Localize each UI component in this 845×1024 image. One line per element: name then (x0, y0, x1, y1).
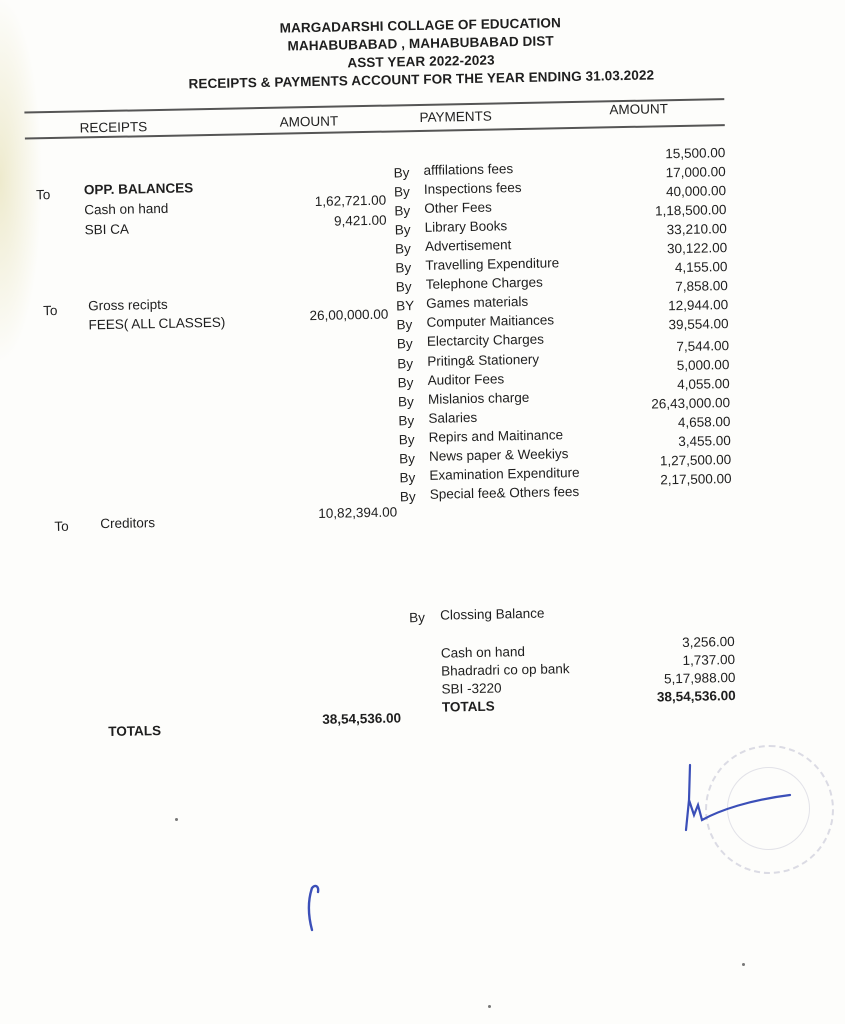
opening-label: OPP. BALANCES (84, 180, 194, 197)
payment-amount: 3,455.00 (591, 433, 731, 451)
gross-fees-label: FEES( ALL CLASSES) (88, 315, 225, 333)
payment-prefix: BY (396, 298, 414, 313)
payment-label: Mislanios charge (428, 390, 530, 407)
gross-prefix: To (43, 303, 58, 318)
payment-prefix: By (394, 203, 410, 218)
receipts-totals-amount: 38,54,536.00 (261, 710, 401, 728)
payment-row: ByExamination Expenditure1,27,500.00 (0, 0, 837, 8)
scanned-page: MARGADARSHI COLLAGE OF EDUCATION MAHABUB… (0, 0, 845, 1024)
payment-prefix: By (396, 317, 412, 332)
payment-amount: 1,18,500.00 (586, 202, 726, 220)
payment-label: Auditor Fees (427, 371, 504, 387)
payment-row: BySpecial fee& Others fees2,17,500.00 (0, 0, 837, 8)
payment-amount: 17,000.00 (586, 164, 726, 182)
payment-label: Repirs and Maitinance (429, 427, 564, 445)
payment-label: Telephone Charges (426, 275, 543, 292)
payment-amount: 39,554.00 (588, 316, 728, 334)
payment-amount: 30,122.00 (587, 240, 727, 258)
opening-prefix: To (36, 187, 51, 202)
payment-label: Priting& Stationery (427, 352, 539, 369)
col-header-receipts: RECEIPTS (80, 119, 148, 135)
closing-sbi-label: SBI -3220 (441, 680, 501, 696)
closing-balance: By Clossing Balance Cash on hand 3,256.0… (0, 0, 837, 8)
payment-row: ByInspections fees17,000.00 (0, 0, 837, 8)
payment-row: ByAdvertisement33,210.00 (0, 0, 837, 8)
receipts-creditors: To Creditors 10,82,394.00 (0, 0, 837, 8)
payment-row: ByTelephone Charges4,155.00 (0, 0, 837, 8)
payment-prefix: By (398, 413, 414, 428)
payment-row: ByRepirs and Maitinance4,658.00 (0, 0, 837, 8)
payment-label: Inspections fees (424, 180, 522, 197)
speck (742, 963, 745, 966)
payment-row: ByComputer Maitiances12,944.00 (0, 0, 837, 8)
payment-row: BYGames materials7,858.00 (0, 0, 837, 8)
opening-cash-amount: 1,62,721.00 (246, 193, 386, 211)
payment-label: Advertisement (425, 237, 512, 254)
payment-row: By Other Fees40,000.00 (0, 0, 837, 8)
closing-bank-amount: 1,737.00 (595, 652, 735, 670)
payment-prefix: By (395, 222, 411, 237)
payment-amount: 4,055.00 (590, 376, 730, 394)
payment-prefix: By (398, 375, 414, 390)
payment-amount: 33,210.00 (587, 221, 727, 239)
payment-row: ByAuditor Fees5,000.00 (0, 0, 837, 8)
payment-amount: 26,43,000.00 (590, 395, 730, 413)
col-header-payments-amount: AMOUNT (609, 101, 668, 117)
payment-label: Travelling Expenditure (425, 255, 559, 273)
payment-row: ByLibrary Books1,18,500.00 (0, 0, 837, 8)
payment-prefix: By (399, 451, 415, 466)
payment-row: Byafffilations fees15,500.00 (0, 0, 837, 8)
payment-prefix: By (393, 165, 409, 180)
payment-prefix: By (397, 336, 413, 351)
payment-label: Special fee& Others fees (430, 484, 580, 502)
payment-amount: 5,000.00 (589, 357, 729, 375)
payment-prefix: By (398, 394, 414, 409)
gross-label: Gross recipts (88, 297, 168, 314)
payment-label: Library Books (425, 218, 508, 235)
payment-amount: 15,500.00 (585, 145, 725, 163)
payment-prefix: By (397, 356, 413, 371)
payment-amount: 2,17,500.00 (591, 471, 731, 489)
payment-amount: 40,000.00 (586, 183, 726, 201)
payment-prefix: By (394, 184, 410, 199)
receipts-gross: To Gross recipts FEES( ALL CLASSES) 26,0… (0, 0, 837, 8)
speck (175, 818, 178, 821)
closing-cash-amount: 3,256.00 (595, 634, 735, 652)
payment-label: Salaries (428, 410, 477, 426)
payment-label: Other Fees (424, 200, 492, 216)
opening-sbi-amount: 9,421.00 (246, 213, 386, 231)
payments-totals-label: TOTALS (442, 699, 495, 715)
receipts-totals-label: TOTALS (108, 723, 161, 739)
creditors-prefix: To (54, 519, 69, 534)
opening-sbi-label: SBI CA (85, 222, 130, 238)
creditors-label: Creditors (100, 515, 155, 531)
col-header-receipts-amount: AMOUNT (279, 114, 338, 130)
payment-prefix: By (399, 470, 415, 485)
payment-label: afffilations fees (423, 161, 513, 178)
opening-cash-label: Cash on hand (84, 201, 168, 218)
speck (488, 1005, 491, 1008)
payment-amount: 12,944.00 (588, 297, 728, 315)
payment-prefix: By (395, 260, 411, 275)
payment-prefix: By (400, 489, 416, 504)
payment-label: Examination Expenditure (429, 465, 579, 483)
payment-amount: 1,27,500.00 (591, 452, 731, 470)
payment-prefix: By (396, 279, 412, 294)
payment-amount: 4,658.00 (590, 414, 730, 432)
payment-row: ByPriting& Stationery7,544.00 (0, 0, 837, 8)
closing-label: Clossing Balance (440, 606, 545, 623)
payments-totals-amount: 38,54,536.00 (596, 688, 736, 706)
closing-bank-label: Bhadradri co op bank (441, 661, 570, 678)
payment-row: ByTravelling Expenditure30,122.00 (0, 0, 837, 8)
closing-sbi-amount: 5,17,988.00 (595, 670, 735, 688)
payment-row: By Salaries26,43,000.00 (0, 0, 837, 8)
payment-label: Electarcity Charges (427, 332, 544, 349)
col-header-payments: PAYMENTS (419, 109, 492, 125)
payment-prefix: By (395, 241, 411, 256)
gross-fees-amount: 26,00,000.00 (248, 307, 388, 325)
creditors-amount: 10,82,394.00 (257, 504, 397, 522)
document-body: MARGADARSHI COLLAGE OF EDUCATION MAHABUB… (0, 0, 845, 1024)
payment-label: Games materials (426, 294, 528, 311)
payments-list: Byafffilations fees15,500.00ByInspection… (0, 0, 837, 8)
receipts-opening-balances: To OPP. BALANCES Cash on hand 1,62,721.0… (0, 0, 837, 8)
payment-amount: 7,858.00 (588, 278, 728, 296)
payment-amount: 4,155.00 (587, 259, 727, 277)
payment-label: Computer Maitiances (426, 312, 554, 329)
closing-cash-label: Cash on hand (441, 644, 525, 661)
payment-amount: 7,544.00 (589, 338, 729, 356)
payment-row: ByMislanios charge4,055.00 (0, 0, 837, 8)
signature-mark (680, 760, 800, 840)
closing-prefix: By (409, 610, 425, 625)
pen-mark (300, 880, 330, 940)
payment-prefix: By (399, 432, 415, 447)
payment-row: ByNews paper & Weekiys3,455.00 (0, 0, 837, 8)
payment-label: News paper & Weekiys (429, 446, 569, 464)
payment-row: ByElectarcity Charges39,554.00 (0, 0, 837, 8)
